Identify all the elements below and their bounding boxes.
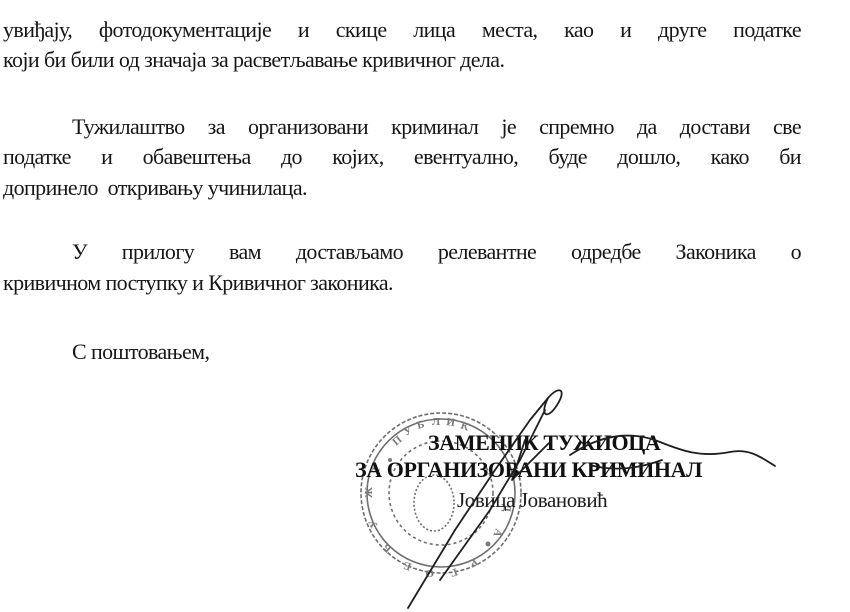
svg-text:Р: Р bbox=[467, 556, 480, 570]
paragraph-1-line-1: увиђају, фотодокументације и скице лица … bbox=[3, 17, 801, 43]
paragraph-1-line-2: који би били од значаја за расветљавање … bbox=[3, 47, 801, 73]
paragraph-3-line-2: кривичном поступку и Кривичног законика. bbox=[3, 270, 801, 296]
svg-text:Ж: Ж bbox=[363, 487, 375, 498]
document-page: увиђају, фотодокументације и скице лица … bbox=[0, 0, 850, 612]
svg-text:Е: Е bbox=[402, 559, 413, 573]
paragraph-2-line-2: податке и обавештења до којих, евентуалн… bbox=[3, 144, 801, 170]
svg-text:П: П bbox=[390, 433, 405, 448]
paragraph-3-line-1: У прилогу вам достављамо релевантне одре… bbox=[72, 239, 801, 265]
paragraph-2-line-1: Тужилаштво за организовани криминал је с… bbox=[72, 114, 801, 140]
paragraph-2-line-3: допринело откривању учинилаца. bbox=[3, 175, 801, 201]
closing-salutation: С поштовањем, bbox=[72, 339, 850, 365]
svg-text:И: И bbox=[446, 416, 457, 429]
svg-text:Л: Л bbox=[432, 416, 441, 428]
svg-text:Б: Б bbox=[381, 541, 394, 555]
svg-text:У: У bbox=[402, 424, 415, 438]
svg-text:Г: Г bbox=[448, 565, 459, 578]
signatory-name: Јовица Јовановић bbox=[457, 488, 607, 512]
signatory-title-line-2: ЗА ОРГАНИЗОВАНИ КРИМИНАЛ bbox=[355, 457, 702, 483]
svg-text:А: А bbox=[490, 527, 504, 539]
svg-text:У: У bbox=[366, 517, 380, 529]
svg-text:О: О bbox=[425, 567, 434, 578]
signatory-title-line-1: ЗАМЕНИК ТУЖИОЦА bbox=[428, 430, 660, 456]
svg-text:Б: Б bbox=[416, 418, 426, 431]
